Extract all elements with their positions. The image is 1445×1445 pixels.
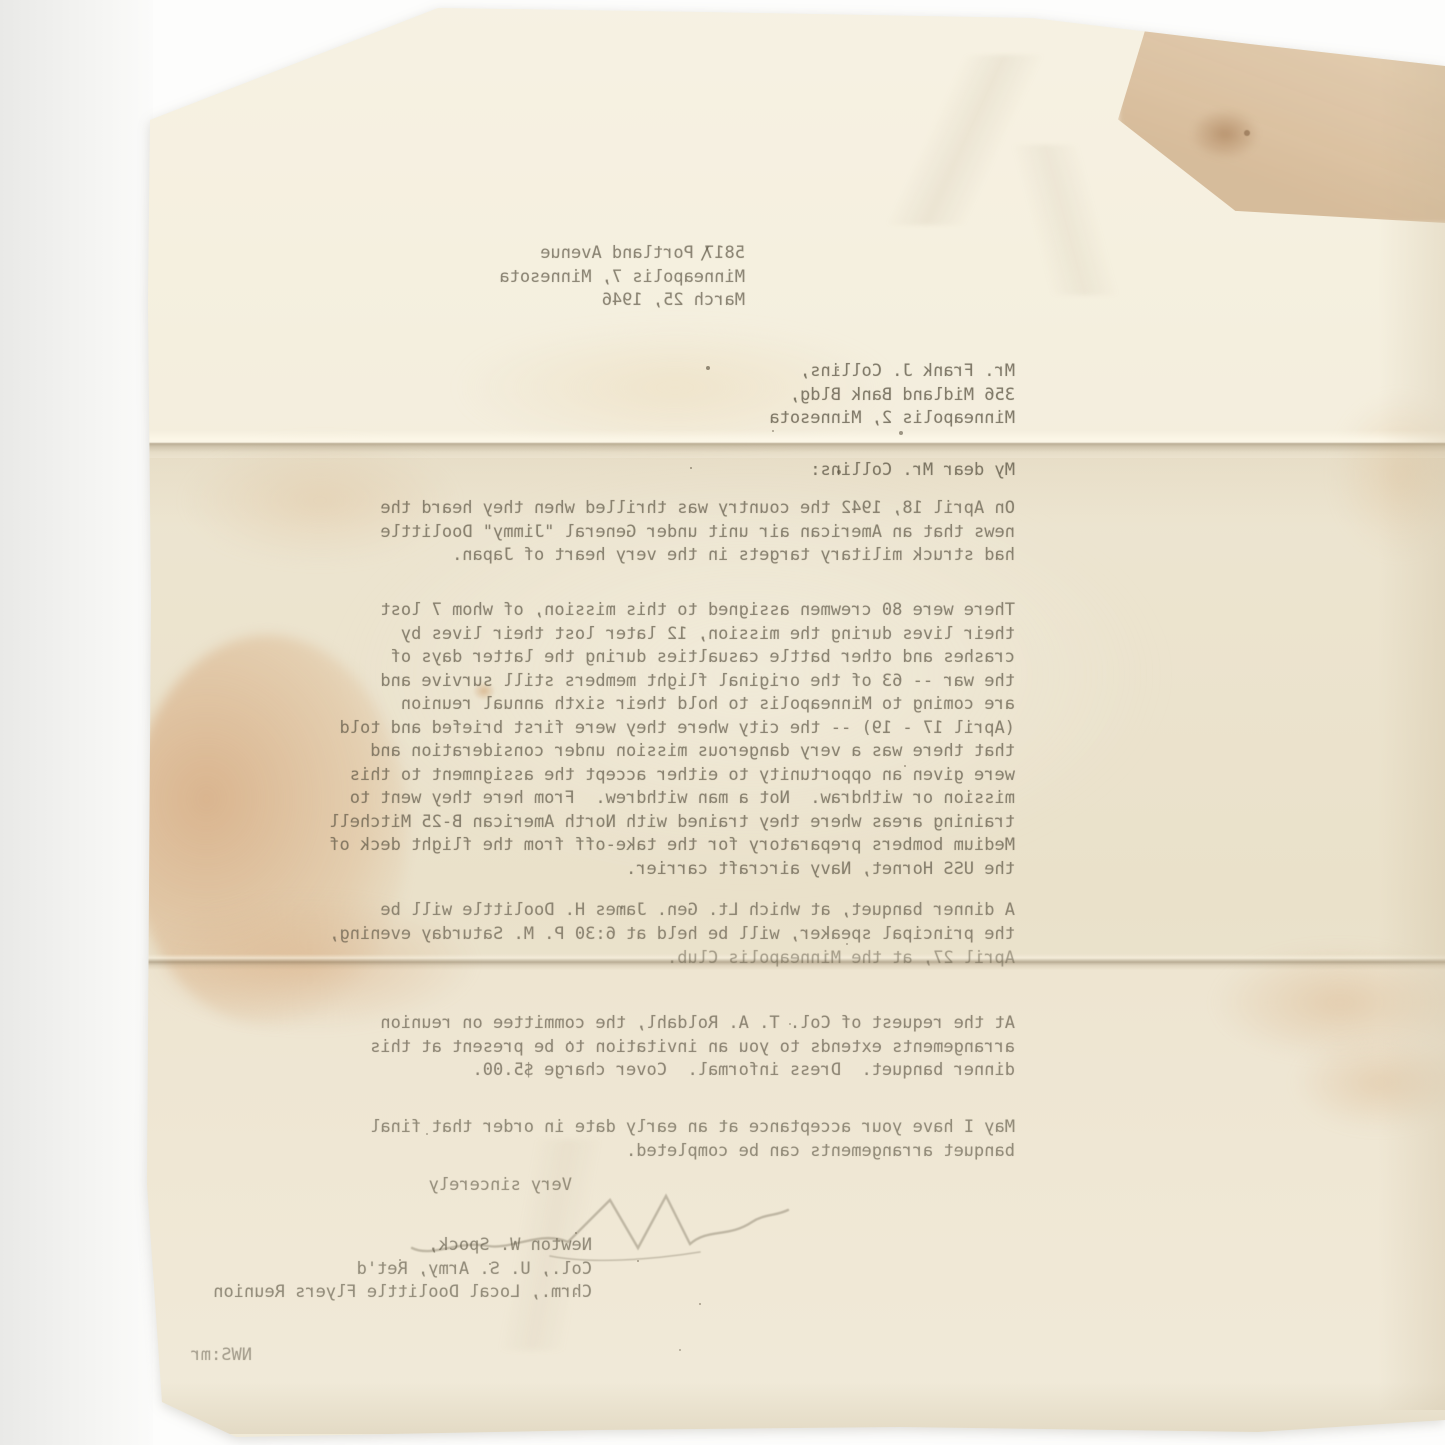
wrinkle-shadow	[870, 145, 1260, 295]
letter-paper-back: / 5817 Portland Avenue Minneapolis 7, Mi…	[0, 0, 1445, 1445]
paper-wrapper: / 5817 Portland Avenue Minneapolis 7, Mi…	[0, 0, 1445, 1445]
paragraph-1: On April 18, 1942 the country was thrill…	[315, 497, 1015, 568]
ink-specks	[706, 366, 710, 370]
fold-crease-upper	[0, 430, 1445, 460]
return-address: 5817 Portland Avenue Minneapolis 7, Minn…	[495, 242, 745, 313]
paragraph-4: At the request of Col. T. A. Roldahl, th…	[315, 1012, 1015, 1083]
salutation: My dear Mr. Collins:	[805, 459, 1015, 483]
paper-edge-shadow-bottom	[150, 1382, 1445, 1434]
paragraph-3: A dinner banquet, at which Lt. Gen. Jame…	[315, 899, 1015, 946]
recipient-address: Mr. Frank J. Collins, 356 Midland Bank B…	[769, 360, 1015, 431]
paragraph-2: There were 80 crewmen assigned to this m…	[315, 599, 1015, 881]
paragraph-3-faded-line: April 27, at the Minneapolis Club.	[315, 947, 1015, 971]
paragraph-5: May I have your acceptance at an early d…	[315, 1116, 1015, 1163]
letter-photo: / 5817 Portland Avenue Minneapolis 7, Mi…	[0, 0, 1445, 1445]
paper-edge-shadow-right	[1378, 60, 1445, 1410]
typist-initials: NWS:mr	[184, 1344, 252, 1368]
signature-block: Newton W. Spock, Col., U. S. Army, Ret'd…	[212, 1234, 592, 1305]
